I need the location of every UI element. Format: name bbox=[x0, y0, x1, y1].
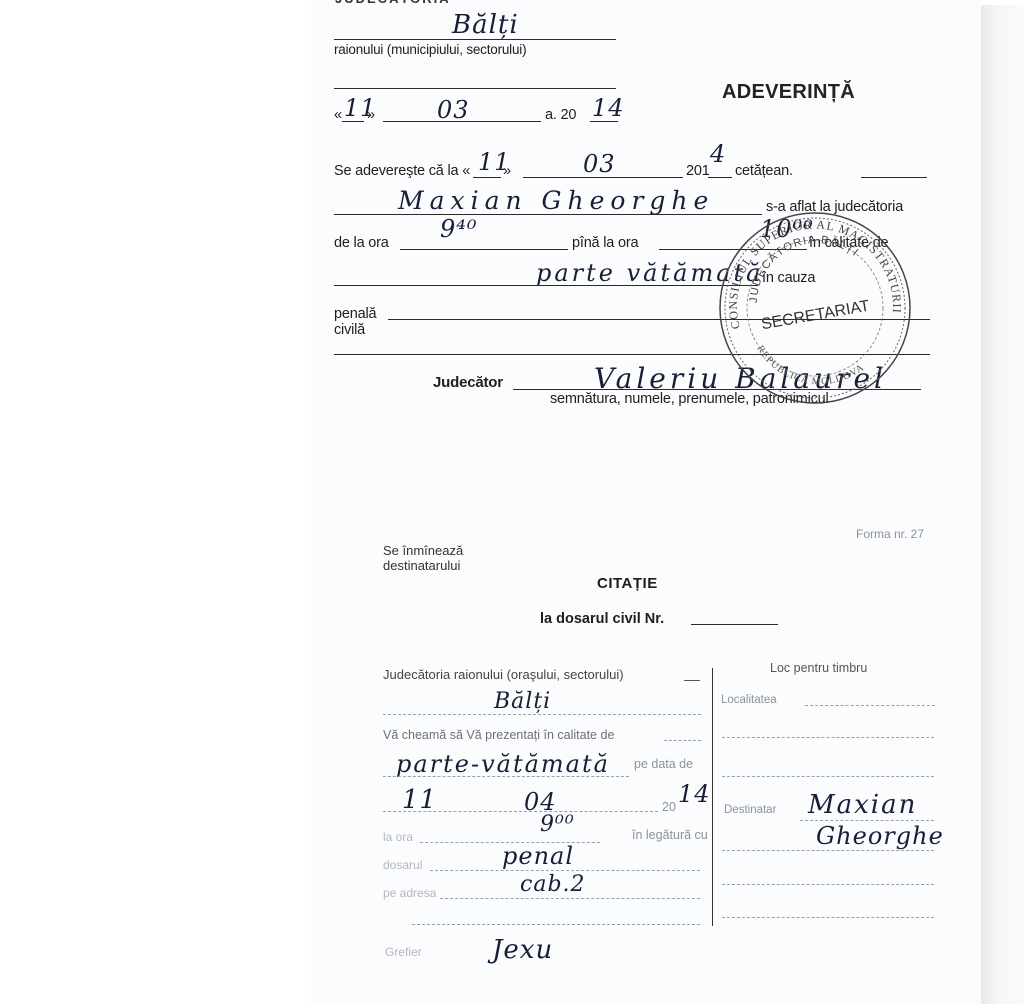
certify-year-suffix: 4 bbox=[710, 140, 726, 168]
blank-dashed-line bbox=[412, 924, 700, 925]
summoned-as-label: Vă cheamă să Vă prezentați în calitate d… bbox=[383, 728, 614, 742]
recipient-name-line2: Gheorghe bbox=[816, 822, 944, 850]
clerk-label: Grefier bbox=[385, 945, 422, 959]
issue-month: 03 bbox=[437, 96, 470, 124]
certifies-prefix: Se adevereşte că la « bbox=[334, 163, 470, 179]
issue-day-line bbox=[342, 121, 364, 122]
summons-court-value-line bbox=[383, 714, 701, 715]
court-stamp: CONSILIUL SUPERIOR AL MAGISTRATURII JUDE… bbox=[712, 208, 918, 408]
issue-year-prefix: a. 20 bbox=[545, 107, 576, 123]
issue-month-line bbox=[383, 121, 541, 122]
svg-text:REPUBLICA MOLDOVA: REPUBLICA MOLDOVA bbox=[754, 344, 866, 388]
locality-line-3 bbox=[722, 776, 934, 777]
recipient-line bbox=[800, 820, 934, 821]
summons-hour-label: la ora bbox=[383, 830, 413, 844]
case-file-value: penal bbox=[502, 842, 574, 870]
header-cut-text: JUDECĂTORIA bbox=[335, 0, 451, 6]
recipient-name-line1: Maxian bbox=[808, 790, 917, 820]
summoned-as-line bbox=[664, 740, 701, 741]
scanned-page bbox=[311, 0, 981, 1004]
citizen-label: cetățean. bbox=[735, 163, 793, 179]
issue-year-suffix: 14 bbox=[592, 94, 625, 122]
certify-year-line bbox=[708, 177, 732, 178]
summons-date-line bbox=[383, 811, 658, 812]
case-number-label: la dosarul civil Nr. bbox=[540, 611, 664, 627]
summons-court-value: Bălți bbox=[494, 689, 551, 714]
summoned-as-value-line bbox=[383, 776, 629, 777]
case-number-line bbox=[691, 624, 778, 625]
certify-close-quote: » bbox=[503, 163, 511, 179]
page-edge-shadow bbox=[981, 5, 1024, 1004]
address-line bbox=[440, 898, 700, 899]
to-hour-label: pînă la ora bbox=[572, 235, 638, 251]
certify-month-line bbox=[523, 177, 683, 178]
capacity-line bbox=[334, 285, 758, 286]
blank-line bbox=[334, 88, 616, 89]
court-location-handwritten: Bălți bbox=[452, 10, 519, 40]
recipient-line-4 bbox=[722, 917, 934, 918]
certify-year-prefix: 201 bbox=[686, 163, 710, 179]
summons-court-line-end bbox=[684, 680, 700, 681]
regarding-label: în legătură cu bbox=[632, 828, 708, 842]
summoned-as-value: parte-vătămată bbox=[396, 750, 610, 778]
case-file-line bbox=[430, 870, 700, 871]
summons-court-label: Judecătoria raionului (oraşului, sectoru… bbox=[383, 667, 624, 682]
from-hour-line bbox=[400, 249, 568, 250]
civil-label: civilă bbox=[334, 322, 365, 338]
summons-hour-value: 9⁰⁰ bbox=[540, 812, 575, 837]
delivery-note-line2: destinatarului bbox=[383, 558, 460, 573]
court-location-caption: raionului (municipiului, sectorului) bbox=[334, 42, 526, 57]
locality-label: Localitatea bbox=[721, 694, 777, 706]
from-hour-value: 9⁴⁰ bbox=[440, 215, 478, 243]
issue-year-line bbox=[590, 121, 618, 122]
citizen-name: Maxian Gheorghe bbox=[398, 186, 714, 215]
delivery-note-line1: Se înmînează bbox=[383, 543, 463, 558]
stamp-place-label: Loc pentru timbru bbox=[770, 661, 867, 675]
judge-label: Judecător bbox=[433, 374, 503, 391]
address-value: cab.2 bbox=[520, 872, 586, 897]
address-label: pe adresa bbox=[383, 886, 436, 900]
court-location-line bbox=[334, 39, 616, 40]
citizen-name-line bbox=[334, 214, 762, 215]
stamp-bottom-text: REPUBLICA MOLDOVA bbox=[754, 344, 866, 388]
on-date-label: pe data de bbox=[634, 757, 693, 771]
criminal-label: penală bbox=[334, 306, 376, 322]
case-file-label: dosarul bbox=[383, 858, 422, 872]
issue-close-quote: » bbox=[367, 107, 375, 123]
certificate-title: ADEVERINȚĂ bbox=[722, 81, 855, 104]
locality-line bbox=[805, 705, 935, 706]
recipient-line-2 bbox=[722, 850, 934, 851]
stamp-center-text: SECRETARIAT bbox=[760, 298, 871, 334]
recipient-label: Destinatar bbox=[724, 804, 776, 816]
summons-year-suffix: 14 bbox=[678, 780, 711, 808]
locality-line-2 bbox=[722, 737, 934, 738]
clerk-signature: Jexu bbox=[492, 935, 553, 965]
summons-title: CITAȚIE bbox=[597, 575, 658, 592]
certify-month: 03 bbox=[583, 150, 616, 178]
citizen-line-end bbox=[861, 177, 927, 178]
certify-day-line bbox=[473, 177, 501, 178]
issue-open-quote: « bbox=[334, 107, 342, 123]
summons-year-prefix: 20 bbox=[662, 800, 676, 814]
form-number: Forma nr. 27 bbox=[856, 527, 924, 541]
from-hour-label: de la ora bbox=[334, 235, 389, 251]
column-divider bbox=[712, 668, 713, 926]
recipient-line-3 bbox=[722, 884, 934, 885]
